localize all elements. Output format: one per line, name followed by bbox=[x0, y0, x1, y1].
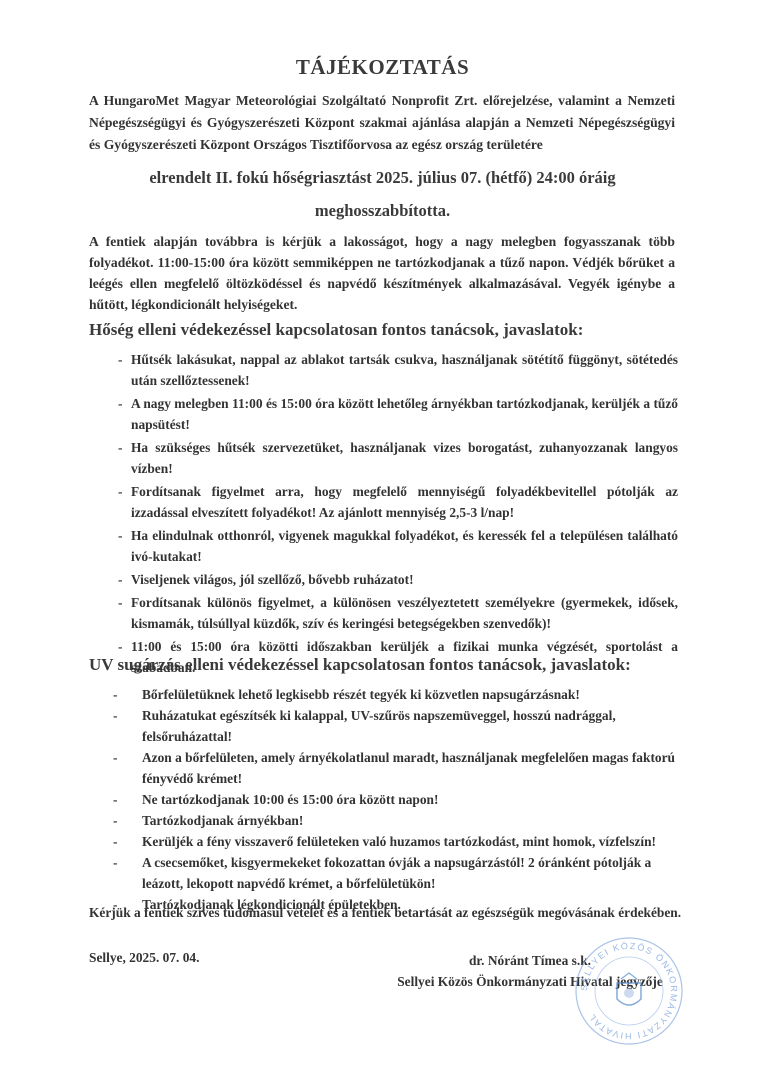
dash-bullet-icon: - bbox=[113, 810, 117, 831]
list-item-text: Fordítsanak különös figyelmet, a különös… bbox=[131, 595, 678, 631]
document-title: TÁJÉKOZTATÁS bbox=[0, 55, 765, 80]
dash-bullet-icon: - bbox=[113, 747, 117, 768]
list-item: -Tartózkodjanak árnyékban! bbox=[113, 810, 683, 831]
heat-advice-list: -Hűtsék lakásukat, nappal az ablakot tar… bbox=[118, 349, 678, 680]
place-date: Sellye, 2025. 07. 04. bbox=[89, 950, 199, 966]
list-item: -Kerüljék a fény visszaverő felületeken … bbox=[113, 831, 683, 852]
document-page: TÁJÉKOZTATÁS A HungaroMet Magyar Meteoro… bbox=[0, 0, 765, 1080]
dash-bullet-icon: - bbox=[118, 349, 122, 370]
list-item-text: Fordítsanak figyelmet arra, hogy megfele… bbox=[131, 484, 678, 520]
closing-sentence: Kérjük a fentiek szíves tudomásul vételé… bbox=[89, 905, 689, 921]
dash-bullet-icon: - bbox=[118, 525, 122, 546]
advice-paragraph: A fentiek alapján továbbra is kérjük a l… bbox=[89, 231, 675, 315]
list-item-text: Azon a bőrfelületen, amely árnyékolatlan… bbox=[142, 750, 675, 786]
dash-bullet-icon: - bbox=[118, 592, 122, 613]
dash-bullet-icon: - bbox=[118, 393, 122, 414]
dash-bullet-icon: - bbox=[118, 437, 122, 458]
uv-advice-list: -Bőrfelületüknek lehető legkisebb részét… bbox=[113, 684, 683, 915]
dash-bullet-icon: - bbox=[118, 636, 122, 657]
list-item-text: Ha elindulnak otthonról, vigyenek magukk… bbox=[131, 528, 678, 564]
list-item-text: Kerüljék a fény visszaverő felületeken v… bbox=[142, 834, 656, 849]
dash-bullet-icon: - bbox=[118, 481, 122, 502]
dash-bullet-icon: - bbox=[113, 852, 117, 873]
list-item: -Viseljenek világos, jól szellőző, bőveb… bbox=[118, 569, 678, 590]
list-item: -Azon a bőrfelületen, amely árnyékolatla… bbox=[113, 747, 683, 789]
list-item: -A csecsemőket, kisgyermekeket fokozatta… bbox=[113, 852, 683, 894]
list-item: -Hűtsék lakásukat, nappal az ablakot tar… bbox=[118, 349, 678, 391]
list-item-text: Tartózkodjanak árnyékban! bbox=[142, 813, 303, 828]
list-item-text: Ne tartózkodjanak 10:00 és 15:00 óra köz… bbox=[142, 792, 438, 807]
uv-section-heading: UV sugárzás elleni védekezéssel kapcsola… bbox=[89, 655, 631, 675]
list-item-text: Viseljenek világos, jól szellőző, bővebb… bbox=[131, 572, 414, 587]
official-stamp-icon: SELLYEI KÖZÖS ÖNKORMÁNYZATI HIVATAL bbox=[573, 935, 685, 1047]
list-item: -Bőrfelületüknek lehető legkisebb részét… bbox=[113, 684, 683, 705]
list-item: -A nagy melegben 11:00 és 15:00 óra közö… bbox=[118, 393, 678, 435]
list-item-text: Hűtsék lakásukat, nappal az ablakot tart… bbox=[131, 352, 678, 388]
list-item: -Fordítsanak figyelmet arra, hogy megfel… bbox=[118, 481, 678, 523]
list-item: -Ha szükséges hűtsék szervezetüket, hasz… bbox=[118, 437, 678, 479]
dash-bullet-icon: - bbox=[113, 789, 117, 810]
decree-line-1: elrendelt II. fokú hőségriasztást 2025. … bbox=[0, 168, 765, 188]
dash-bullet-icon: - bbox=[118, 569, 122, 590]
list-item-text: A csecsemőket, kisgyermekeket fokozattan… bbox=[142, 855, 651, 891]
list-item-text: Bőrfelületüknek lehető legkisebb részét … bbox=[142, 687, 580, 702]
heat-section-heading: Hőség elleni védekezéssel kapcsolatosan … bbox=[89, 320, 583, 340]
dash-bullet-icon: - bbox=[113, 831, 117, 852]
dash-bullet-icon: - bbox=[113, 705, 117, 726]
decree-line-2: meghosszabbította. bbox=[0, 201, 765, 221]
list-item: -Fordítsanak különös figyelmet, a különö… bbox=[118, 592, 678, 634]
list-item-text: Ha szükséges hűtsék szervezetüket, haszn… bbox=[131, 440, 678, 476]
list-item: -Ha elindulnak otthonról, vigyenek maguk… bbox=[118, 525, 678, 567]
list-item-text: Ruházatukat egészítsék ki kalappal, UV-s… bbox=[142, 708, 616, 744]
list-item-text: A nagy melegben 11:00 és 15:00 óra közöt… bbox=[131, 396, 678, 432]
list-item: -Ne tartózkodjanak 10:00 és 15:00 óra kö… bbox=[113, 789, 683, 810]
intro-paragraph: A HungaroMet Magyar Meteorológiai Szolgá… bbox=[89, 90, 675, 156]
dash-bullet-icon: - bbox=[113, 684, 117, 705]
list-item: -Ruházatukat egészítsék ki kalappal, UV-… bbox=[113, 705, 683, 747]
